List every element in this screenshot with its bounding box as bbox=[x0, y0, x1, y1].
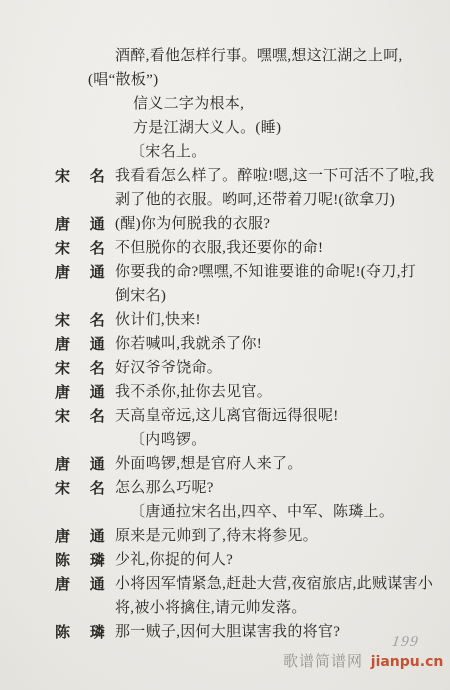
speaker-name: 宋名 bbox=[55, 164, 105, 188]
line-text: 好汉爷爷饶命。 bbox=[115, 356, 222, 380]
speaker-char: 宋 bbox=[55, 356, 70, 380]
line-text: 信义二字为根本, bbox=[133, 92, 244, 116]
speaker-char: 唐 bbox=[55, 452, 70, 476]
dialogue-line: 宋名伙计们,快来! bbox=[0, 308, 450, 332]
line-text: 〔唐通拉宋名出,四卒、中军、陈璘上。 bbox=[130, 500, 394, 524]
speaker-name: 唐通 bbox=[55, 212, 105, 236]
page-number: 199 bbox=[391, 634, 420, 651]
speaker-char: 通 bbox=[90, 212, 105, 236]
line-text: 怎么那么巧呢? bbox=[115, 476, 214, 500]
script-line-verse: 信义二字为根本, bbox=[0, 92, 450, 116]
script-line-direction: 〔唐通拉宋名出,四卒、中军、陈璘上。 bbox=[0, 500, 450, 524]
speaker-char: 唐 bbox=[55, 260, 70, 284]
speaker-char: 璘 bbox=[90, 548, 105, 572]
speaker-char: 名 bbox=[90, 236, 105, 260]
line-text: 那一贼子,因何大胆谋害我的将官? bbox=[115, 620, 340, 644]
dialogue-line: 宋名天高皇帝远,这儿离官衙远得很呢! bbox=[0, 404, 450, 428]
script-text-block: 酒醉,看他怎样行事。嘿嘿,想这江湖之上呵,(唱“散板”)信义二字为根本,方是江湖… bbox=[0, 44, 450, 644]
speaker-name: 唐通 bbox=[55, 452, 105, 476]
book-page: 酒醉,看他怎样行事。嘿嘿,想这江湖之上呵,(唱“散板”)信义二字为根本,方是江湖… bbox=[0, 0, 450, 690]
line-text: 你若喊叫,我就杀了你! bbox=[115, 332, 262, 356]
speaker-char: 名 bbox=[90, 356, 105, 380]
speaker-char: 陈 bbox=[55, 620, 70, 644]
speaker-char: 通 bbox=[90, 524, 105, 548]
speaker-name: 陈璘 bbox=[55, 548, 105, 572]
script-line-wrap: 剥了他的衣服。哟呵,还带着刀呢!(欲拿刀) bbox=[0, 188, 450, 212]
speaker-char: 唐 bbox=[55, 380, 70, 404]
dialogue-line: 宋名我看看怎么样了。醉啦!嗯,这一下可活不了啦,我 bbox=[0, 164, 450, 188]
speaker-char: 唐 bbox=[55, 332, 70, 356]
speaker-char: 唐 bbox=[55, 212, 70, 236]
watermark: 歌谱简谱网 jianpu.cn bbox=[283, 650, 443, 671]
script-line-wrap: 将,被小将擒住,请元帅发落。 bbox=[0, 596, 450, 620]
line-text: 我不杀你,扯你去见官。 bbox=[115, 380, 272, 404]
line-text: 少礼,你捉的何人? bbox=[115, 548, 233, 572]
speaker-char: 名 bbox=[90, 404, 105, 428]
dialogue-line: 陈璘少礼,你捉的何人? bbox=[0, 548, 450, 572]
speaker-char: 宋 bbox=[55, 236, 70, 260]
line-text: 将,被小将擒住,请元帅发落。 bbox=[115, 596, 307, 620]
speaker-name: 宋名 bbox=[55, 356, 105, 380]
line-text: 外面鸣锣,想是官府人来了。 bbox=[115, 452, 303, 476]
speaker-name: 宋名 bbox=[55, 476, 105, 500]
speaker-char: 通 bbox=[90, 260, 105, 284]
line-text: 你要我的命?嘿嘿,不知谁要谁的命呢!(夺刀,打 bbox=[115, 260, 416, 284]
speaker-name: 唐通 bbox=[55, 260, 105, 284]
speaker-char: 宋 bbox=[55, 308, 70, 332]
dialogue-line: 宋名怎么那么巧呢? bbox=[0, 476, 450, 500]
speaker-char: 名 bbox=[90, 476, 105, 500]
dialogue-line: 宋名好汉爷爷饶命。 bbox=[0, 356, 450, 380]
speaker-name: 唐通 bbox=[55, 380, 105, 404]
line-text: 我看看怎么样了。醉啦!嗯,这一下可活不了啦,我 bbox=[115, 164, 434, 188]
speaker-char: 通 bbox=[90, 452, 105, 476]
dialogue-line: 唐通外面鸣锣,想是官府人来了。 bbox=[0, 452, 450, 476]
speaker-char: 宋 bbox=[55, 404, 70, 428]
watermark-site-url: jianpu.cn bbox=[371, 654, 444, 670]
line-text: 方是江湖大义人。(睡) bbox=[133, 116, 281, 140]
line-text: 〔内鸣锣。 bbox=[130, 428, 207, 452]
script-line-direction: 〔内鸣锣。 bbox=[0, 428, 450, 452]
script-line-continuation: 酒醉,看他怎样行事。嘿嘿,想这江湖之上呵, bbox=[0, 44, 450, 68]
line-text: 原来是元帅到了,待末将参见。 bbox=[115, 524, 318, 548]
dialogue-line: 陈璘那一贼子,因何大胆谋害我的将官? bbox=[0, 620, 450, 644]
speaker-char: 唐 bbox=[55, 524, 70, 548]
speaker-char: 通 bbox=[90, 572, 105, 596]
script-line-chang: (唱“散板”) bbox=[0, 68, 450, 92]
speaker-char: 璘 bbox=[90, 620, 105, 644]
line-text: 小将因军情紧急,赶赴大营,夜宿旅店,此贼谋害小 bbox=[115, 572, 433, 596]
speaker-name: 唐通 bbox=[55, 524, 105, 548]
line-text: (醒)你为何脱我的衣服? bbox=[115, 212, 270, 236]
dialogue-line: 唐通原来是元帅到了,待末将参见。 bbox=[0, 524, 450, 548]
line-text: 不但脱你的衣服,我还要你的命! bbox=[115, 236, 323, 260]
line-text: 伙计们,快来! bbox=[115, 308, 201, 332]
speaker-name: 宋名 bbox=[55, 308, 105, 332]
speaker-name: 唐通 bbox=[55, 572, 105, 596]
line-text: 酒醉,看他怎样行事。嘿嘿,想这江湖之上呵, bbox=[115, 44, 403, 68]
line-text: (唱“散板”) bbox=[88, 68, 158, 92]
line-text: 倒宋名) bbox=[115, 284, 166, 308]
watermark-site-name: 歌谱简谱网 bbox=[283, 654, 363, 670]
speaker-char: 宋 bbox=[55, 476, 70, 500]
dialogue-line: 宋名不但脱你的衣服,我还要你的命! bbox=[0, 236, 450, 260]
speaker-name: 宋名 bbox=[55, 404, 105, 428]
dialogue-line: 唐通小将因军情紧急,赶赴大营,夜宿旅店,此贼谋害小 bbox=[0, 572, 450, 596]
speaker-char: 陈 bbox=[55, 548, 70, 572]
speaker-char: 宋 bbox=[55, 164, 70, 188]
speaker-name: 陈璘 bbox=[55, 620, 105, 644]
speaker-name: 宋名 bbox=[55, 236, 105, 260]
speaker-char: 名 bbox=[90, 308, 105, 332]
dialogue-line: 唐通你要我的命?嘿嘿,不知谁要谁的命呢!(夺刀,打 bbox=[0, 260, 450, 284]
speaker-name: 唐通 bbox=[55, 332, 105, 356]
line-text: 剥了他的衣服。哟呵,还带着刀呢!(欲拿刀) bbox=[115, 188, 395, 212]
dialogue-line: 唐通你若喊叫,我就杀了你! bbox=[0, 332, 450, 356]
speaker-char: 唐 bbox=[55, 572, 70, 596]
dialogue-line: 唐通我不杀你,扯你去见官。 bbox=[0, 380, 450, 404]
line-text: 〔宋名上。 bbox=[130, 140, 207, 164]
speaker-char: 名 bbox=[90, 164, 105, 188]
script-line-verse: 方是江湖大义人。(睡) bbox=[0, 116, 450, 140]
speaker-char: 通 bbox=[90, 380, 105, 404]
line-text: 天高皇帝远,这儿离官衙远得很呢! bbox=[115, 404, 339, 428]
script-line-direction: 〔宋名上。 bbox=[0, 140, 450, 164]
script-line-wrap: 倒宋名) bbox=[0, 284, 450, 308]
speaker-char: 通 bbox=[90, 332, 105, 356]
dialogue-line: 唐通(醒)你为何脱我的衣服? bbox=[0, 212, 450, 236]
